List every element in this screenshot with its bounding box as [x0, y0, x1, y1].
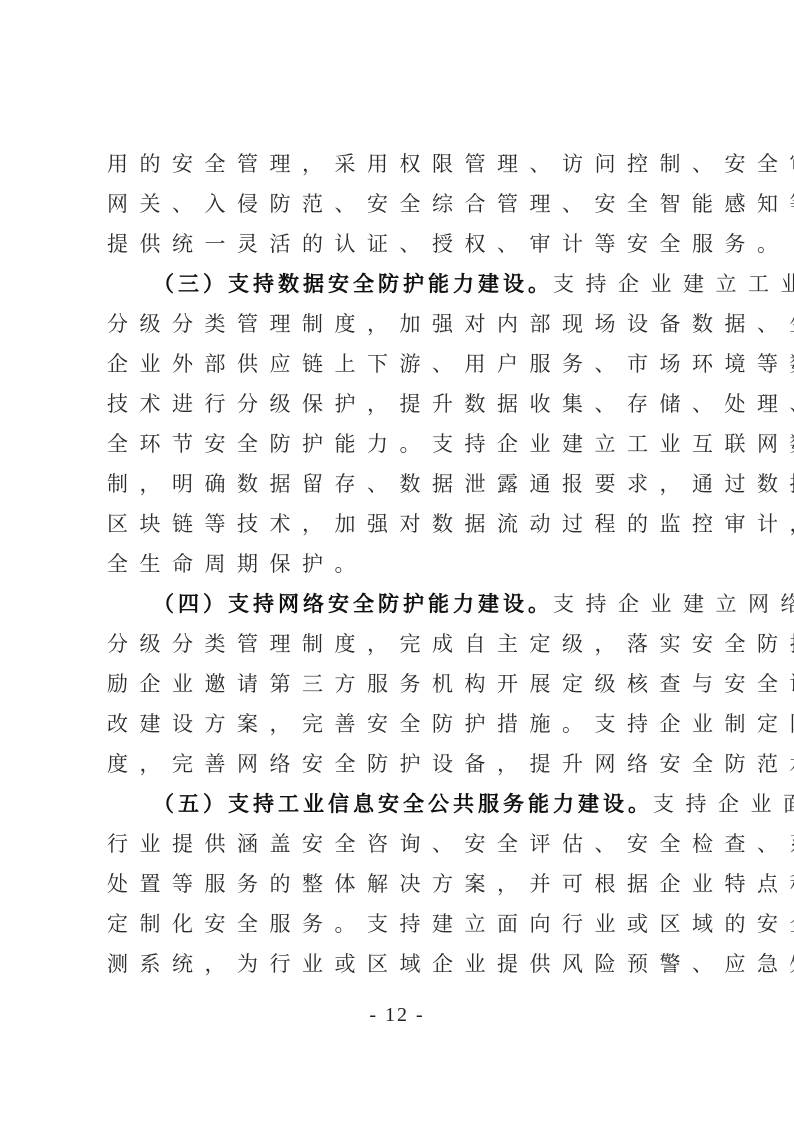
text-line: 企业外部供应链上下游、用户服务、市场环境等数据，采用不同 [107, 344, 707, 384]
text-line: 用的安全管理，采用权限管理、访问控制、安全审计、安全接入 [107, 144, 707, 184]
section-first-line: （三）支持数据安全防护能力建设。支持企业建立工业数据 [107, 264, 707, 304]
text-line: 区块链等技术，加强对数据流动过程的监控审计，实现工业数据 [107, 504, 707, 544]
text-line: 全环节安全防护能力。支持企业建立工业互联网数据流动管理机 [107, 424, 707, 464]
text-line: 全生命周期保护。 [107, 544, 707, 584]
text-line: 励企业邀请第三方服务机构开展定级核查与安全评估，并制定整 [107, 664, 707, 704]
text-line: 处置等服务的整体解决方案，并可根据企业特点和实际需求提供 [107, 864, 707, 904]
text-line: 度，完善网络安全防护设备，提升网络安全防范水平。 [107, 744, 707, 784]
text-line: 测系统，为行业或区域企业提供风险预警、应急处置等保障服务。 [107, 944, 707, 984]
section-first-line: （四）支持网络安全防护能力建设。支持企业建立网络安全 [107, 584, 707, 624]
section-heading: （五）支持工业信息安全公共服务能力建设。 [153, 791, 653, 816]
page-number: - 12 - [0, 1004, 794, 1027]
document-page: 用的安全管理，采用权限管理、访问控制、安全审计、安全接入 网关、入侵防范、安全综… [0, 0, 794, 1123]
section-first-line: （五）支持工业信息安全公共服务能力建设。支持企业面向 [107, 784, 707, 824]
document-body: 用的安全管理，采用权限管理、访问控制、安全审计、安全接入 网关、入侵防范、安全综… [107, 144, 707, 984]
section-first-line-text: 支持企业面向 [653, 792, 794, 816]
text-line: 制，明确数据留存、数据泄露通报要求，通过数据标签、签名、 [107, 464, 707, 504]
text-line: 行业提供涵盖安全咨询、安全评估、安全检查、系统加固、应急 [107, 824, 707, 864]
section-first-line-text: 支持企业建立网络安全 [553, 592, 794, 616]
section-first-line-text: 支持企业建立工业数据 [553, 272, 794, 296]
paragraph-section-3: （三）支持数据安全防护能力建设。支持企业建立工业数据 分级分类管理制度，加强对内… [107, 264, 707, 584]
section-heading: （四）支持网络安全防护能力建设。 [153, 591, 553, 616]
text-line: 技术进行分级保护，提升数据收集、存储、处理、转移、删除等 [107, 384, 707, 424]
section-heading: （三）支持数据安全防护能力建设。 [153, 271, 553, 296]
paragraph-section-4: （四）支持网络安全防护能力建设。支持企业建立网络安全 分级分类管理制度，完成自主… [107, 584, 707, 784]
text-line: 分级分类管理制度，完成自主定级，落实安全防护规范要求，鼓 [107, 624, 707, 664]
paragraph-section-5: （五）支持工业信息安全公共服务能力建设。支持企业面向 行业提供涵盖安全咨询、安全… [107, 784, 707, 984]
text-line: 提供统一灵活的认证、授权、审计等安全服务。 [107, 224, 707, 264]
text-line: 网关、入侵防范、安全综合管理、安全智能感知等安全防护系统， [107, 184, 707, 224]
text-line: 定制化安全服务。支持建立面向行业或区域的安全态势感知和监 [107, 904, 707, 944]
text-line: 分级分类管理制度，加强对内部现场设备数据、生产管理数据及 [107, 304, 707, 344]
text-line: 改建设方案，完善安全防护措施。支持企业制定网络安全管理制 [107, 704, 707, 744]
paragraph-continuation: 用的安全管理，采用权限管理、访问控制、安全审计、安全接入 网关、入侵防范、安全综… [107, 144, 707, 264]
